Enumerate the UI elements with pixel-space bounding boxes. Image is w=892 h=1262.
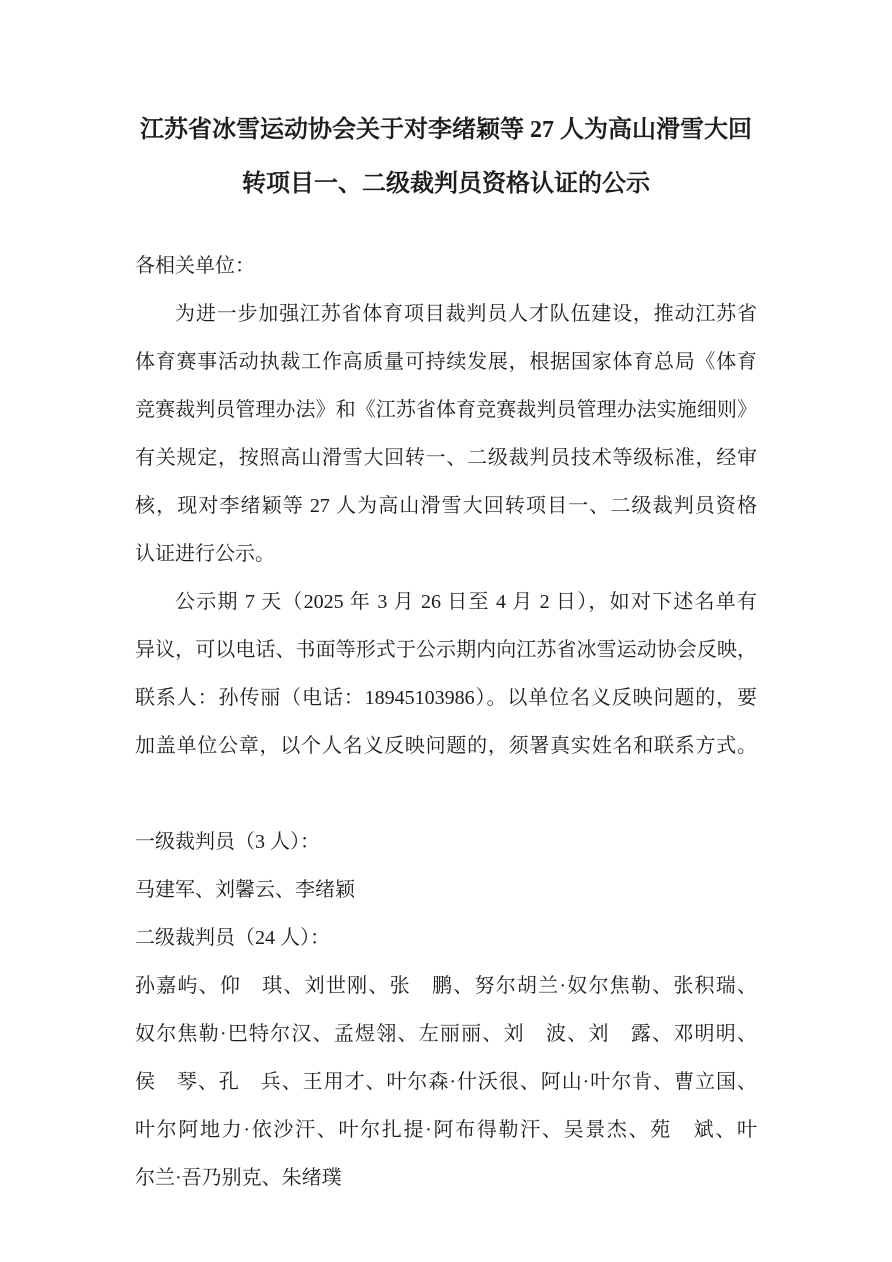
text-line: 叶尔阿地力·依沙汗、叶尔扎提·阿布得勒汗、吴景杰、苑 斌、叶 [135,1106,757,1154]
text-line: 二级裁判员（24 人）： [135,914,757,962]
text-line: 孙嘉屿、仰 琪、刘世刚、张 鹏、努尔胡兰·奴尔焦勒、张积瑞、 [135,962,757,1010]
blank-line [135,770,757,818]
text-line: 认证进行公示。 [135,530,757,578]
document-title: 江苏省冰雪运动协会关于对李绪颖等 27 人为高山滑雪大回转项目一、二级裁判员资格… [135,103,757,211]
text-line: 异议，可以电话、书面等形式于公示期内向江苏省冰雪运动协会反映， [135,626,757,674]
document: 江苏省冰雪运动协会关于对李绪颖等 27 人为高山滑雪大回转项目一、二级裁判员资格… [135,103,757,1202]
text-line: 有关规定，按照高山滑雪大回转一、二级裁判员技术等级标准，经审 [135,434,757,482]
title-line: 转项目一、二级裁判员资格认证的公示 [135,157,757,211]
text-line: 核，现对李绪颖等 27 人为高山滑雪大回转项目一、二级裁判员资格 [135,482,757,530]
text-line: 联系人：孙传丽（电话：18945103986）。以单位名义反映问题的，要 [135,674,757,722]
text-line: 体育赛事活动执裁工作高质量可持续发展，根据国家体育总局《体育 [135,338,757,386]
text-line: 加盖单位公章，以个人名义反映问题的，须署真实姓名和联系方式。 [135,722,757,770]
text-line: 公示期 7 天（2025 年 3 月 26 日至 4 月 2 日），如对下述名单… [135,578,757,626]
text-line: 为进一步加强江苏省体育项目裁判员人才队伍建设，推动江苏省 [135,290,757,338]
text-line: 侯 琴、孔 兵、王用才、叶尔森·什沃很、阿山·叶尔肯、曹立国、 [135,1058,757,1106]
text-line: 奴尔焦勒·巴特尔汉、孟煜翎、左丽丽、刘 波、刘 露、邓明明、 [135,1010,757,1058]
title-line: 江苏省冰雪运动协会关于对李绪颖等 27 人为高山滑雪大回 [135,103,757,157]
text-line: 竞赛裁判员管理办法》和《江苏省体育竞赛裁判员管理办法实施细则》 [135,386,757,434]
text-line: 一级裁判员（3 人）： [135,818,757,866]
document-page: 江苏省冰雪运动协会关于对李绪颖等 27 人为高山滑雪大回转项目一、二级裁判员资格… [0,0,892,1262]
text-line: 尔兰·吾乃别克、朱绪璞 [135,1154,757,1202]
text-line: 马建军、刘馨云、李绪颖 [135,866,757,914]
text-line: 各相关单位： [135,242,757,290]
document-body: 各相关单位：为进一步加强江苏省体育项目裁判员人才队伍建设，推动江苏省体育赛事活动… [135,242,757,1202]
